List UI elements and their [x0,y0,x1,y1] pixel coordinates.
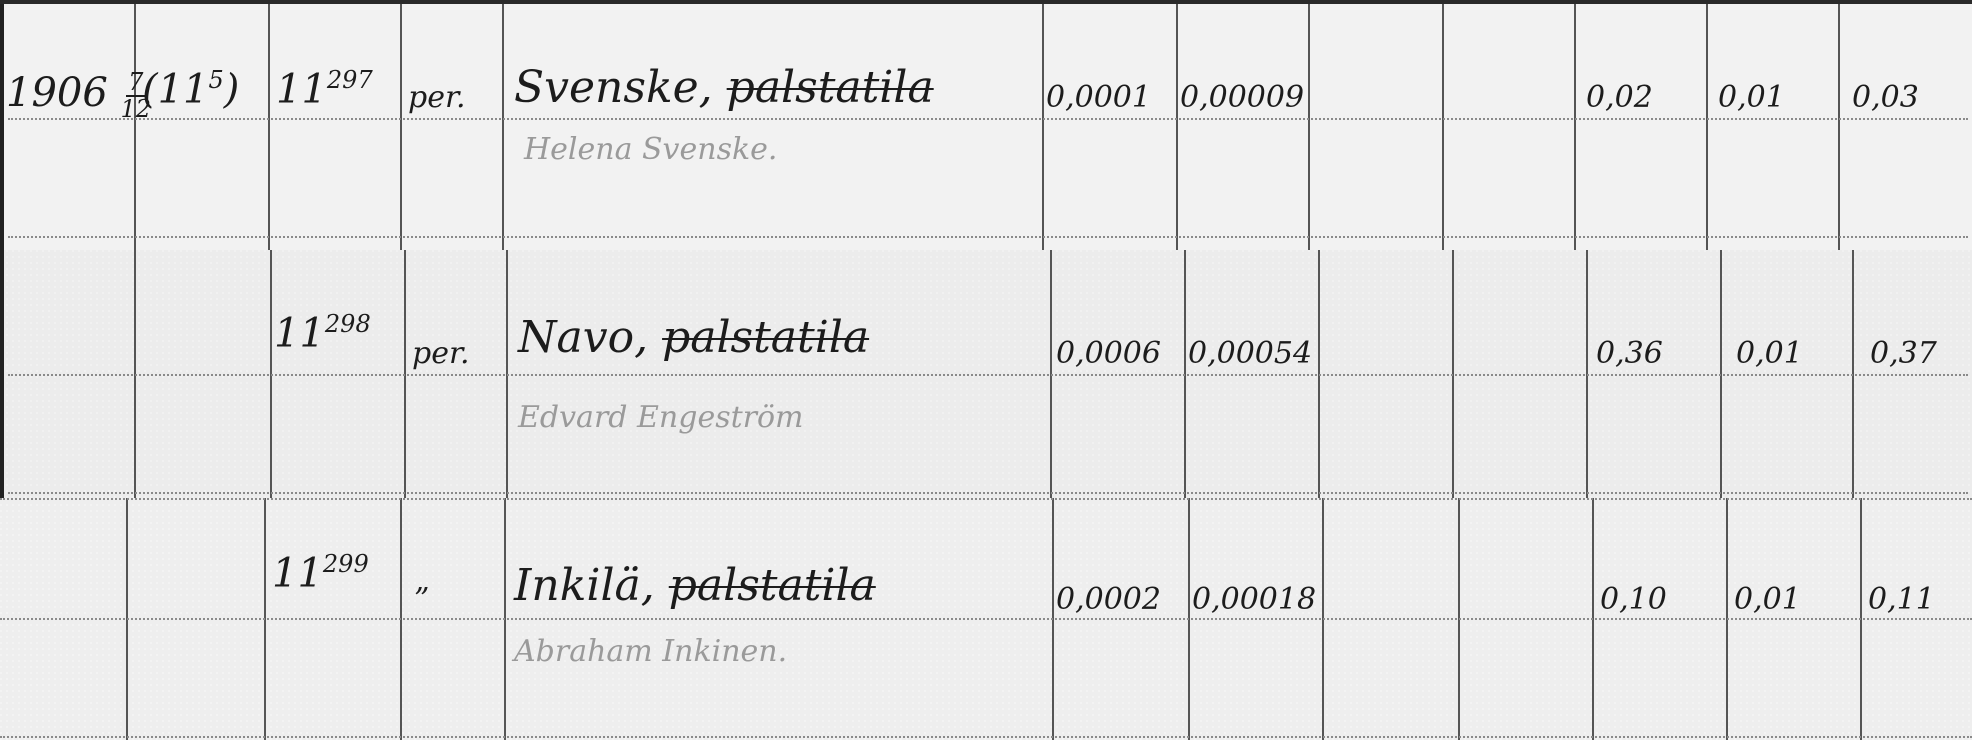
value-3-cell: 0,36 [1596,336,1663,371]
owner-name: Edvard Engeström [518,400,804,435]
estate-name-cell: Svenske, palstatila [514,62,934,113]
writing-line [0,736,1972,738]
value-2-cell: 0,00009 [1180,80,1304,115]
estate-name-cell: Navo, palstatila [518,312,869,363]
total-cell: 0,11 [1868,582,1935,617]
type-cell: per. [412,336,470,371]
estate-name: Inkilä, [514,560,655,611]
owner-name: Helena Svenske. [524,132,777,167]
value-4-cell: 0,01 [1736,336,1803,371]
type-cell: per. [408,80,466,115]
number-cell: 11297 [276,66,373,112]
type-ditto-mark: ” [414,582,429,617]
column-divider [1706,4,1708,250]
ref-cell: (115) [142,66,239,112]
value-1-cell: 0,0001 [1046,80,1151,115]
total-cell: 0,03 [1852,80,1919,115]
column-divider [134,4,136,250]
column-divider [400,4,402,250]
column-divider [1442,4,1444,250]
value-1-cell: 0,0002 [1056,582,1161,617]
column-divider [1838,4,1840,250]
ledger-row-1: 1906 7 12 (115) 11297 per. Svenske, pals… [0,0,1972,250]
value-3-cell: 0,10 [1600,582,1667,617]
estate-name-cell: Inkilä, palstatila [514,560,876,611]
estate-struck-text: palstatila [727,62,934,113]
value-4-cell: 0,01 [1734,582,1801,617]
date-cell: 1906 7 12 [6,70,151,122]
value-2-cell: 0,00018 [1192,582,1316,617]
writing-line [8,374,1968,376]
number-cell: 11298 [274,310,371,356]
value-1-cell: 0,0006 [1056,336,1161,371]
column-divider [1308,4,1310,250]
estate-name: Svenske, [514,62,713,113]
column-divider [502,4,504,250]
estate-struck-text: palstatila [669,560,876,611]
writing-line [0,498,1972,500]
writing-line [0,618,1972,620]
date-year: 1906 [6,70,108,116]
writing-line [8,236,1968,238]
writing-line [8,118,1968,120]
value-3-cell: 0,02 [1586,80,1653,115]
estate-name: Navo, [518,312,648,363]
left-border [0,250,4,498]
estate-struck-text: palstatila [662,312,869,363]
column-divider [1042,4,1044,250]
total-cell: 0,37 [1870,336,1937,371]
left-border [0,4,4,250]
writing-line [8,492,1968,494]
ledger-row-3: 11299 ” Inkilä, palstatila Abraham Inkin… [0,498,1972,740]
column-divider [1176,4,1178,250]
number-cell: 11299 [272,550,369,596]
owner-name: Abraham Inkinen. [514,634,787,669]
value-2-cell: 0,00054 [1188,336,1312,371]
ledger-row-2: 11298 per. Navo, palstatila Edvard Enges… [0,250,1972,498]
column-divider [268,4,270,250]
column-divider [1574,4,1576,250]
value-4-cell: 0,01 [1718,80,1785,115]
